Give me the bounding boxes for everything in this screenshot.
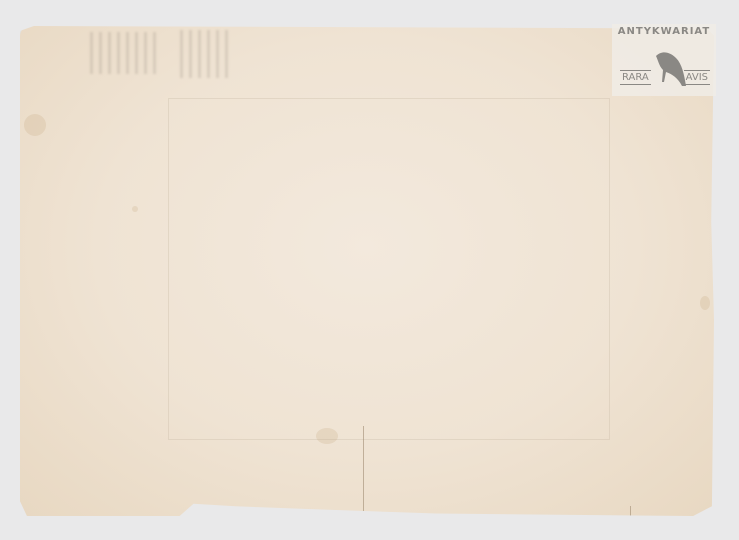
antykwariat-rara-avis-watermark: ANTYKWARIAT RARA AVIS [612, 24, 716, 96]
antique-paper-sheet [20, 26, 714, 516]
paper-crack [630, 506, 631, 516]
ink-offset-smudge [180, 30, 230, 78]
watermark-right-text: AVIS [684, 70, 710, 85]
ink-offset-smudge [90, 32, 160, 74]
watermark-left-text: RARA [620, 70, 651, 85]
foxing-stain [316, 428, 338, 444]
plate-mark [168, 98, 610, 440]
foxing-stain [132, 206, 138, 212]
foxing-stain [24, 114, 46, 136]
paper-crack [363, 426, 364, 514]
foxing-stain [700, 296, 710, 310]
watermark-arc-text: ANTYKWARIAT [612, 26, 716, 37]
